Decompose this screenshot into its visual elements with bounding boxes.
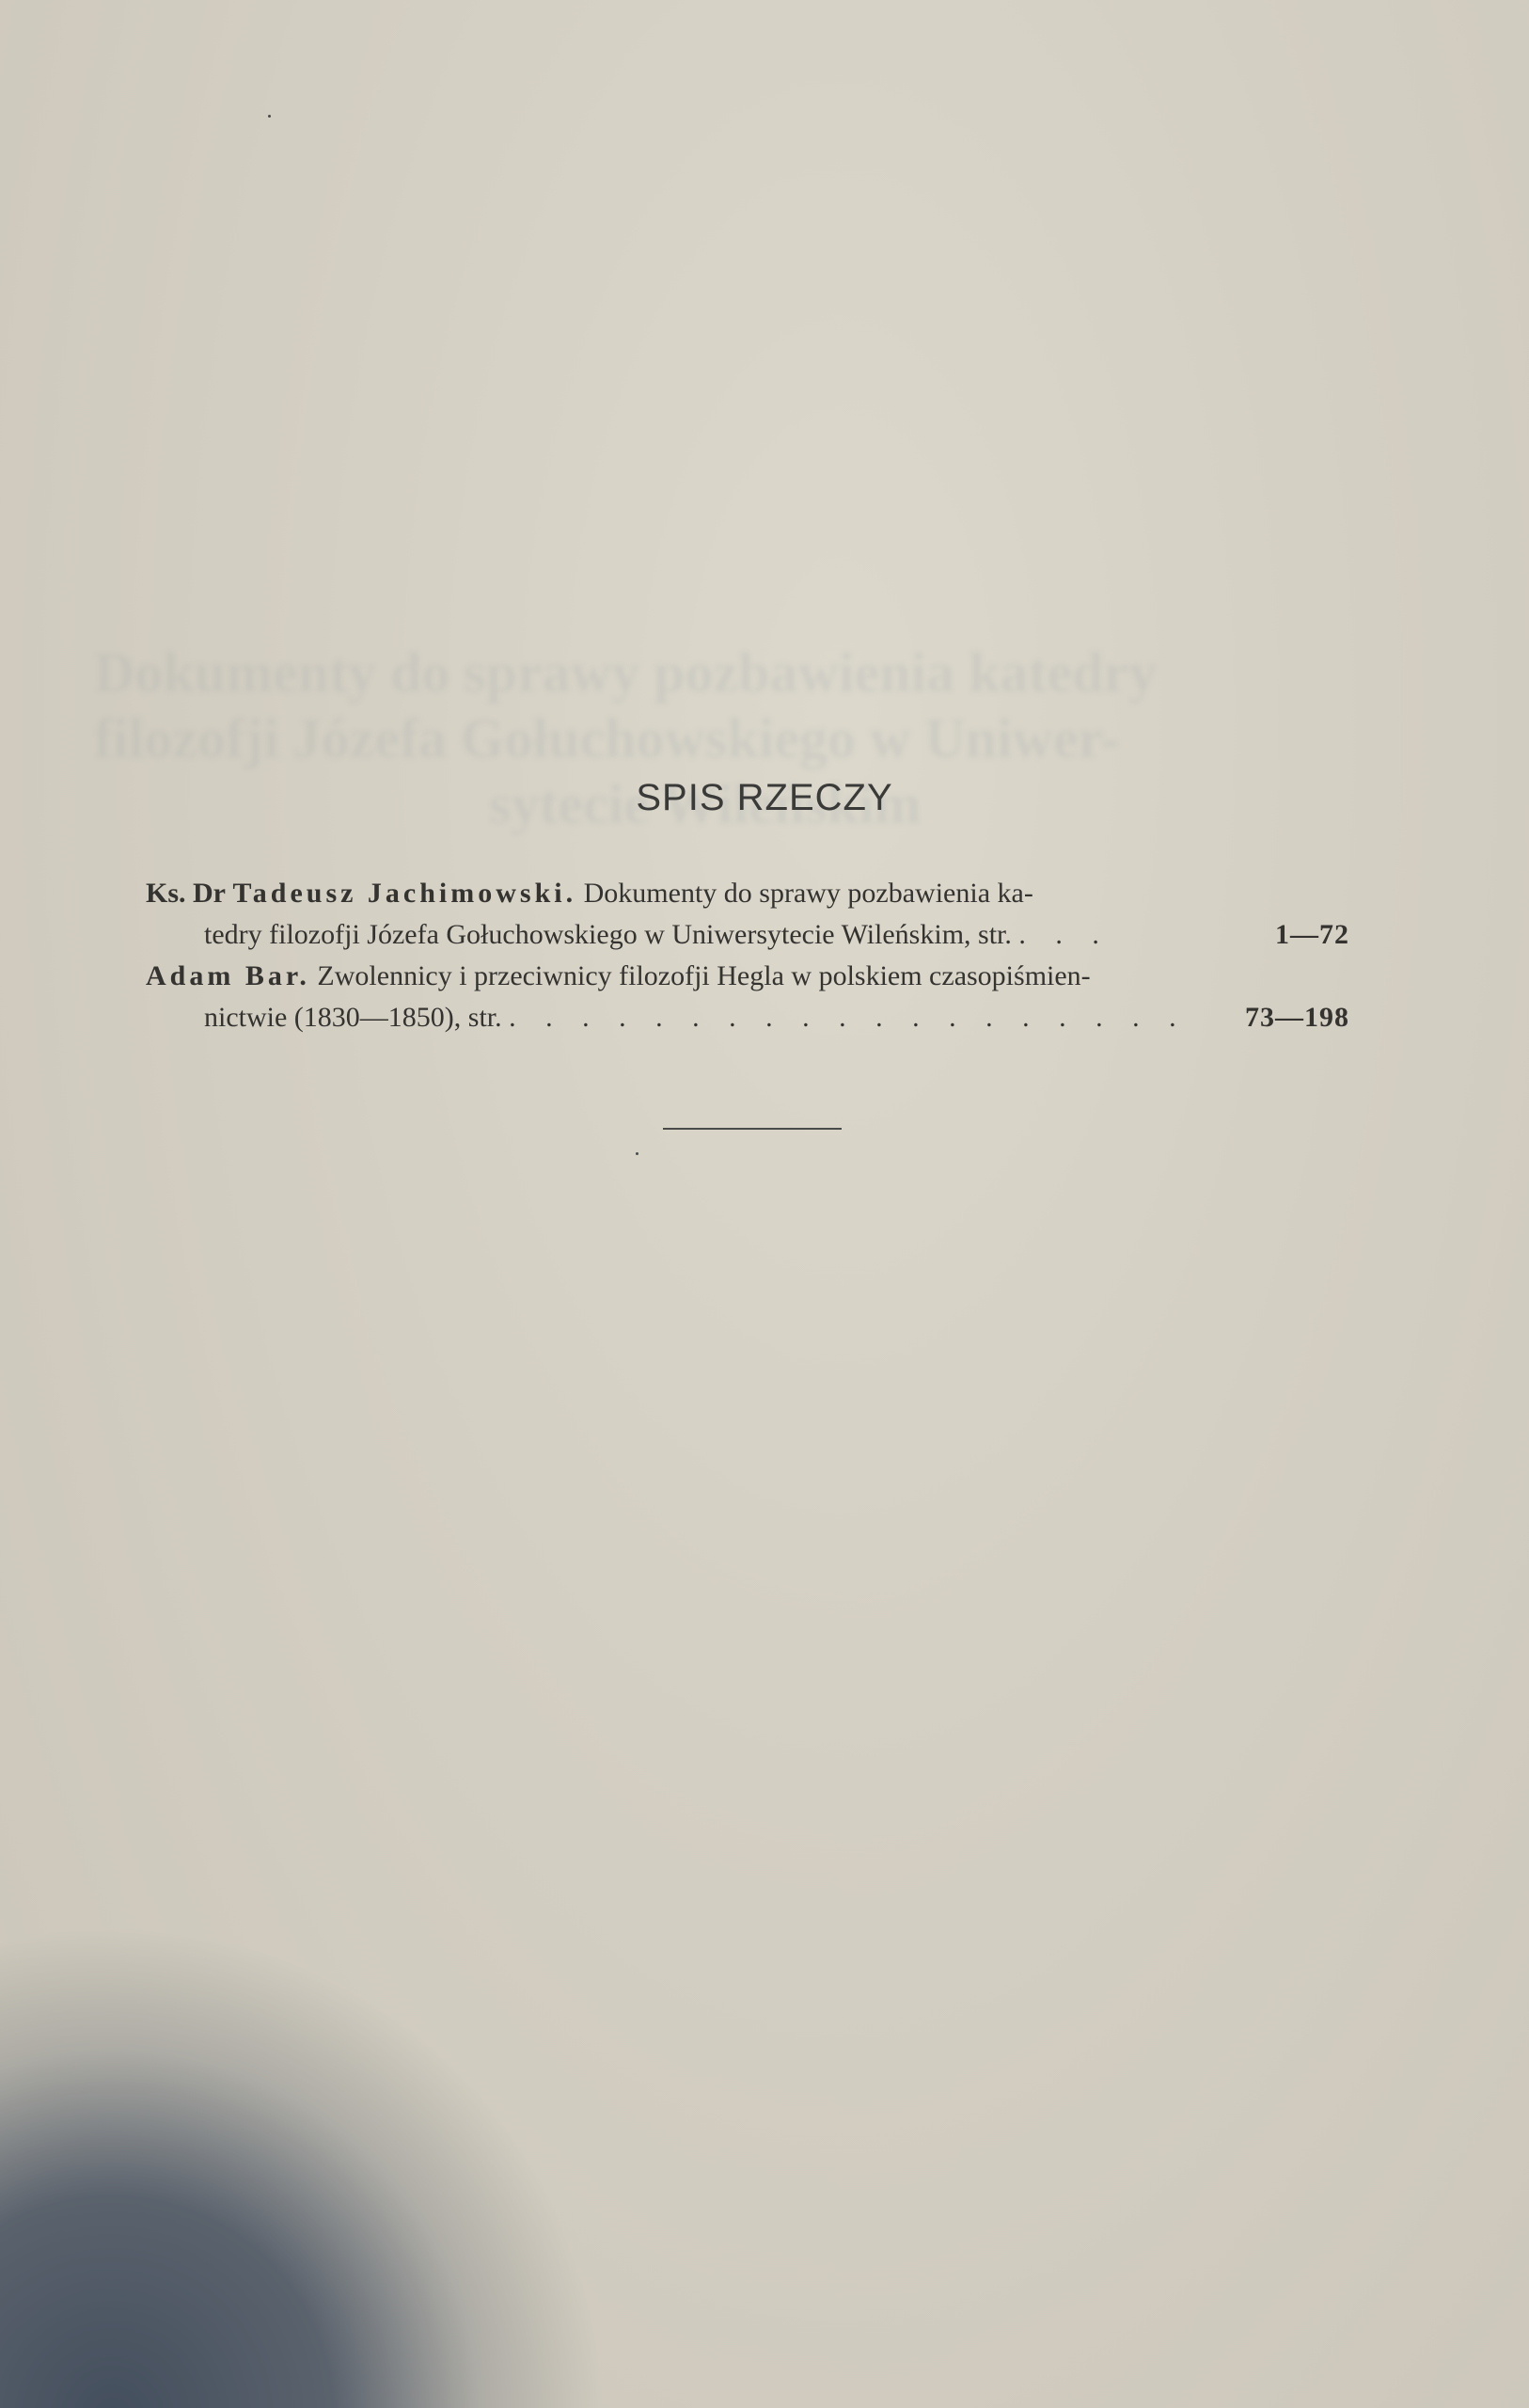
entry-title-cont: nictwie (1830—1850), str. [204, 1002, 502, 1033]
book-page: Dokumenty do sprawy pozbawienia katedry … [0, 0, 1529, 2408]
dot-leader: . . . . . . . . . . . . . . . . . . . [509, 1002, 1188, 1033]
page-range: 73—198 [1245, 997, 1349, 1038]
table-of-contents: Ks. Dr Tadeusz Jachimowski. Dokumenty do… [146, 873, 1349, 1038]
entry-title: Zwolennicy i przeciwnicy filozofji Hegla… [317, 960, 1090, 991]
separator-rule [663, 1128, 842, 1130]
toc-entry-line: Adam Bar. Zwolennicy i przeciwnicy filoz… [146, 956, 1349, 997]
toc-entry-line: tedry filozofji Józefa Gołuchowskiego w … [146, 914, 1349, 956]
ghost-line: filozofji Józefa Gołuchowskiego w Uniwer… [94, 705, 1316, 771]
page-title: SPIS RZECZY [0, 777, 1529, 819]
entry-title-cont: tedry filozofji Józefa Gołuchowskiego w … [204, 919, 1012, 950]
hand-shadow [0, 1834, 1529, 2408]
toc-entry-line: Ks. Dr Tadeusz Jachimowski. Dokumenty do… [146, 873, 1349, 914]
paper-speck [636, 1152, 638, 1155]
dot-leader: . . . [1018, 919, 1111, 950]
author-name: Tadeusz Jachimowski. [233, 878, 577, 909]
paper-speck [268, 115, 271, 118]
toc-entry: Ks. Dr Tadeusz Jachimowski. Dokumenty do… [146, 873, 1349, 956]
entry-title: Dokumenty do sprawy pozbawienia ka- [584, 878, 1033, 909]
toc-entry-line: nictwie (1830—1850), str. . . . . . . . … [146, 997, 1349, 1038]
toc-entry: Adam Bar. Zwolennicy i przeciwnicy filoz… [146, 956, 1349, 1038]
ghost-line: Dokumenty do sprawy pozbawienia katedry [94, 640, 1316, 705]
page-range: 1—72 [1275, 914, 1349, 956]
author-name: Adam Bar. [146, 960, 310, 991]
author-prefix: Ks. Dr [146, 878, 226, 909]
